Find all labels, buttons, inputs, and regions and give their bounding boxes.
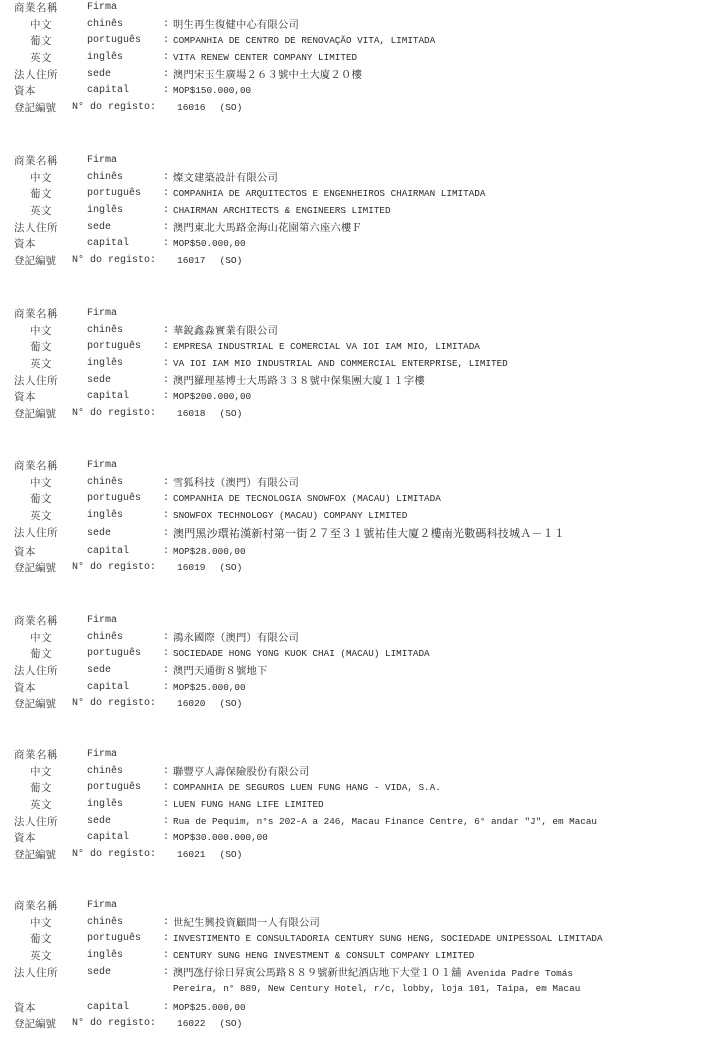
registration-number-group: 16018(SO) <box>177 406 242 423</box>
firma-row: 商業名稱 Firma <box>0 458 709 475</box>
registration-number: 16020 <box>177 698 206 709</box>
address-chinese-part: 澳門氹仔徐日昇寅公馬路８８９號新世紀酒店地下大堂１０１舖 <box>173 967 461 979</box>
registered-address: 澳門氹仔徐日昇寅公馬路８８９號新世紀酒店地下大堂１０１舖 Avenida Pad… <box>173 965 573 983</box>
registration-number: 16018 <box>177 408 206 419</box>
registo-label-pt: N° do registo: <box>72 847 156 864</box>
capital-label-pt: capital <box>87 83 129 100</box>
colon: : <box>163 663 169 680</box>
colon: : <box>163 630 169 647</box>
capital-label-zh: 資本 <box>14 236 36 253</box>
portuguese-name: SOCIEDADE HONG YONG KUOK CHAI (MACAU) LI… <box>173 646 430 663</box>
colon: : <box>163 33 169 50</box>
portugues-label-zh: 葡文 <box>30 186 52 203</box>
capital-label-zh: 資本 <box>14 680 36 697</box>
registered-address: 澳門天通街８號地下 <box>173 663 267 680</box>
capital-label-pt: capital <box>87 830 129 847</box>
chinese-name: 雪狐科技（澳門）有限公司 <box>173 475 299 492</box>
registration-number-group: 16022(SO) <box>177 1016 242 1033</box>
registered-address: 澳門羅理基博士大馬路３３８號中保集團大廈１１字樓 <box>173 373 425 390</box>
colon: : <box>163 186 169 203</box>
portugues-row: 葡文 português : COMPANHIA DE TECNOLOGIA S… <box>0 491 709 508</box>
chines-row: 中文 chinês : 燦文建築設計有限公司 <box>0 170 709 187</box>
sede-label-pt: sede <box>87 965 111 982</box>
capital-label-pt: capital <box>87 998 129 1018</box>
registo-label-zh: 登記編號 <box>14 560 56 577</box>
english-name: CHAIRMAN ARCHITECTS & ENGINEERS LIMITED <box>173 203 391 220</box>
chines-label-zh: 中文 <box>30 170 52 187</box>
registo-row: 登記編號 N° do registo: 16017(SO) <box>0 253 709 270</box>
capital-amount: MOP$28.000,00 <box>173 544 246 561</box>
ingles-label-zh: 英文 <box>30 508 52 525</box>
company-entry-16021: 商業名稱 Firma 中文 chinês : 聯豐亨人壽保險股份有限公司 葡文 … <box>0 747 709 864</box>
portugues-label-zh: 葡文 <box>30 646 52 663</box>
firma-label-zh: 商業名稱 <box>14 153 58 170</box>
colon: : <box>163 170 169 187</box>
firma-row: 商業名稱 Firma <box>0 306 709 323</box>
capital-amount: MOP$30.000.000,00 <box>173 830 268 847</box>
portugues-row: 葡文 português : COMPANHIA DE SEGUROS LUEN… <box>0 780 709 797</box>
portuguese-name: EMPRESA INDUSTRIAL E COMERCIAL VA IOI IA… <box>173 339 480 356</box>
registered-address: Rua de Pequim, n°s 202-A a 246, Macau Fi… <box>173 814 597 831</box>
colon: : <box>163 236 169 253</box>
capital-label-pt: capital <box>87 680 129 697</box>
chines-label-zh: 中文 <box>30 17 52 34</box>
colon: : <box>163 965 169 982</box>
ingles-label-zh: 英文 <box>30 203 52 220</box>
firma-label-zh: 商業名稱 <box>14 306 58 323</box>
colon: : <box>163 814 169 831</box>
portugues-label-zh: 葡文 <box>30 491 52 508</box>
ingles-row: 英文 inglês : SNOWFOX TECHNOLOGY (MACAU) C… <box>0 508 709 525</box>
capital-label-zh: 資本 <box>14 83 36 100</box>
sede-label-pt: sede <box>87 220 111 237</box>
portugues-label-pt: português <box>87 931 141 948</box>
registo-label-zh: 登記編號 <box>14 847 56 864</box>
portuguese-name: COMPANHIA DE SEGUROS LUEN FUNG HANG - VI… <box>173 780 441 797</box>
firma-row: 商業名稱 Firma <box>0 898 709 915</box>
registered-address: 澳門黑沙環祐漢新村第一街２７至３１號祐佳大廈２樓南光數碼科技城Ａ－１１ <box>173 525 565 542</box>
sede-row: 法人住所 sede : 澳門羅理基博士大馬路３３８號中保集團大廈１１字樓 <box>0 373 709 390</box>
capital-row: 資本 capital : MOP$25.000,00 <box>0 998 709 1016</box>
registo-row: 登記編號 N° do registo: 16021(SO) <box>0 847 709 864</box>
ingles-label-zh: 英文 <box>30 356 52 373</box>
chinese-name: 聯豐亨人壽保險股份有限公司 <box>173 764 309 781</box>
firma-row: 商業名稱 Firma <box>0 613 709 630</box>
ingles-label-pt: inglês <box>87 948 123 965</box>
sede-label-pt: sede <box>87 373 111 390</box>
ingles-row: 英文 inglês : CHAIRMAN ARCHITECTS & ENGINE… <box>0 203 709 220</box>
chinese-name: 明生再生復健中心有限公司 <box>173 17 299 34</box>
registo-label-pt: N° do registo: <box>72 100 156 117</box>
sede-label-pt: sede <box>87 814 111 831</box>
firma-label-pt: Firma <box>87 458 117 475</box>
capital-amount: MOP$25.000,00 <box>173 998 246 1018</box>
address-portuguese-part: Avenida Padre Tomás <box>461 968 573 979</box>
portuguese-name: COMPANHIA DE TECNOLOGIA SNOWFOX (MACAU) … <box>173 491 441 508</box>
registration-number-group: 16021(SO) <box>177 847 242 864</box>
firma-row: 商業名稱 Firma <box>0 747 709 764</box>
sede-label-zh: 法人住所 <box>14 525 58 542</box>
colon: : <box>163 915 169 932</box>
registo-label-zh: 登記編號 <box>14 406 56 423</box>
registration-number: 16019 <box>177 562 206 573</box>
firma-label-zh: 商業名稱 <box>14 747 58 764</box>
portugues-row: 葡文 português : SOCIEDADE HONG YONG KUOK … <box>0 646 709 663</box>
portugues-label-zh: 葡文 <box>30 780 52 797</box>
english-name: VITA RENEW CENTER COMPANY LIMITED <box>173 50 357 67</box>
colon: : <box>163 220 169 237</box>
company-entry-16018: 商業名稱 Firma 中文 chinês : 華銳鑫淼實業有限公司 葡文 por… <box>0 306 709 423</box>
firma-label-pt: Firma <box>87 747 117 764</box>
sede-label-zh: 法人住所 <box>14 220 58 237</box>
registration-number: 16021 <box>177 849 206 860</box>
colon: : <box>163 931 169 948</box>
capital-label-zh: 資本 <box>14 830 36 847</box>
chines-label-pt: chinês <box>87 915 123 932</box>
portugues-label-zh: 葡文 <box>30 931 52 948</box>
sede-row: 法人住所 sede : 澳門東北大馬路金海山花園第六座六樓Ｆ <box>0 220 709 237</box>
registo-row: 登記編號 N° do registo: 16022(SO) <box>0 1016 709 1033</box>
colon: : <box>163 475 169 492</box>
colon: : <box>163 17 169 34</box>
firma-label-zh: 商業名稱 <box>14 898 58 915</box>
company-entry-16017: 商業名稱 Firma 中文 chinês : 燦文建築設計有限公司 葡文 por… <box>0 153 709 270</box>
sede-label-zh: 法人住所 <box>14 67 58 84</box>
registration-number: 16017 <box>177 255 206 266</box>
ingles-label-pt: inglês <box>87 203 123 220</box>
english-name: VA IOI IAM MIO INDUSTRIAL AND COMMERCIAL… <box>173 356 508 373</box>
sede-label-pt: sede <box>87 663 111 680</box>
registered-address-line2: Pereira, n° 889, New Century Hotel, r/c,… <box>173 981 580 998</box>
portugues-row: 葡文 português : COMPANHIA DE ARQUITECTOS … <box>0 186 709 203</box>
firma-label-zh: 商業名稱 <box>14 0 58 17</box>
english-name: LUEN FUNG HANG LIFE LIMITED <box>173 797 324 814</box>
ingles-label-zh: 英文 <box>30 797 52 814</box>
ingles-row: 英文 inglês : CENTURY SUNG HENG INVESTMENT… <box>0 948 709 965</box>
capital-amount: MOP$150.000,00 <box>173 83 251 100</box>
registered-address: 澳門東北大馬路金海山花園第六座六樓Ｆ <box>173 220 362 237</box>
registo-label-zh: 登記編號 <box>14 1016 56 1033</box>
colon: : <box>163 389 169 406</box>
company-entry-16016: 商業名稱 Firma 中文 chinês : 明生再生復健中心有限公司 葡文 p… <box>0 0 709 117</box>
company-entry-16020: 商業名稱 Firma 中文 chinês : 鴻永國際（澳門）有限公司 葡文 p… <box>0 613 709 713</box>
colon: : <box>163 50 169 67</box>
firma-label-pt: Firma <box>87 613 117 630</box>
colon: : <box>163 646 169 663</box>
portugues-label-zh: 葡文 <box>30 33 52 50</box>
registration-number: 16016 <box>177 102 206 113</box>
capital-row: 資本 capital : MOP$50.000,00 <box>0 236 709 253</box>
chines-label-zh: 中文 <box>30 915 52 932</box>
capital-row: 資本 capital : MOP$150.000,00 <box>0 83 709 100</box>
chinese-name: 鴻永國際（澳門）有限公司 <box>173 630 299 647</box>
ingles-row: 英文 inglês : VA IOI IAM MIO INDUSTRIAL AN… <box>0 356 709 373</box>
portugues-label-pt: português <box>87 33 141 50</box>
firma-label-pt: Firma <box>87 898 117 915</box>
registration-suffix: (SO) <box>220 255 243 266</box>
capital-label-pt: capital <box>87 544 129 561</box>
colon: : <box>163 339 169 356</box>
capital-row: 資本 capital : MOP$25.000,00 <box>0 680 709 697</box>
ingles-label-pt: inglês <box>87 797 123 814</box>
ingles-label-pt: inglês <box>87 356 123 373</box>
ingles-label-pt: inglês <box>87 508 123 525</box>
registration-number-group: 16016(SO) <box>177 100 242 117</box>
colon: : <box>163 780 169 797</box>
capital-row: 資本 capital : MOP$28.000,00 <box>0 544 709 561</box>
chines-row: 中文 chinês : 世紀生興投資顧問一人有限公司 <box>0 915 709 932</box>
registration-suffix: (SO) <box>220 102 243 113</box>
registo-label-pt: N° do registo: <box>72 253 156 270</box>
portugues-label-pt: português <box>87 646 141 663</box>
colon: : <box>163 203 169 220</box>
colon: : <box>163 830 169 847</box>
colon: : <box>163 680 169 697</box>
ingles-row: 英文 inglês : LUEN FUNG HANG LIFE LIMITED <box>0 797 709 814</box>
capital-row: 資本 capital : MOP$30.000.000,00 <box>0 830 709 847</box>
chinese-name: 燦文建築設計有限公司 <box>173 170 278 187</box>
ingles-label-zh: 英文 <box>30 948 52 965</box>
registo-label-zh: 登記編號 <box>14 253 56 270</box>
sede-label-zh: 法人住所 <box>14 373 58 390</box>
english-name: SNOWFOX TECHNOLOGY (MACAU) COMPANY LIMIT… <box>173 508 407 525</box>
colon: : <box>163 797 169 814</box>
colon: : <box>163 544 169 561</box>
chines-label-pt: chinês <box>87 17 123 34</box>
registration-number-group: 16020(SO) <box>177 696 242 713</box>
registration-number: 16022 <box>177 1018 206 1029</box>
colon: : <box>163 356 169 373</box>
colon: : <box>163 83 169 100</box>
registo-label-zh: 登記編號 <box>14 100 56 117</box>
registo-row: 登記編號 N° do registo: 16016(SO) <box>0 100 709 117</box>
portugues-label-zh: 葡文 <box>30 339 52 356</box>
sede-row: 法人住所 sede : Rua de Pequim, n°s 202-A a 2… <box>0 814 709 831</box>
sede-row: 法人住所 sede : 澳門黑沙環祐漢新村第一街２７至３１號祐佳大廈２樓南光數碼… <box>0 525 709 544</box>
colon: : <box>163 323 169 340</box>
registration-suffix: (SO) <box>220 408 243 419</box>
firma-label-pt: Firma <box>87 153 117 170</box>
capital-amount: MOP$50.000,00 <box>173 236 246 253</box>
registo-row: 登記編號 N° do registo: 16018(SO) <box>0 406 709 423</box>
chines-row: 中文 chinês : 明生再生復健中心有限公司 <box>0 17 709 34</box>
capital-row: 資本 capital : MOP$200.000,00 <box>0 389 709 406</box>
portugues-row: 葡文 português : EMPRESA INDUSTRIAL E COME… <box>0 339 709 356</box>
registo-label-pt: N° do registo: <box>72 1016 156 1033</box>
portuguese-name: INVESTIMENTO E CONSULTADORIA CENTURY SUN… <box>173 931 603 948</box>
capital-label-zh: 資本 <box>14 544 36 561</box>
registo-label-pt: N° do registo: <box>72 406 156 423</box>
chines-label-pt: chinês <box>87 475 123 492</box>
chines-label-pt: chinês <box>87 764 123 781</box>
firma-label-zh: 商業名稱 <box>14 613 58 630</box>
colon: : <box>163 764 169 781</box>
registration-suffix: (SO) <box>220 1018 243 1029</box>
capital-label-zh: 資本 <box>14 389 36 406</box>
sede-row: 法人住所 sede : 澳門氹仔徐日昇寅公馬路８８９號新世紀酒店地下大堂１０１舖… <box>0 965 709 982</box>
firma-row: 商業名稱 Firma <box>0 153 709 170</box>
portugues-row: 葡文 português : COMPANHIA DE CENTRO DE RE… <box>0 33 709 50</box>
company-entry-16022: 商業名稱 Firma 中文 chinês : 世紀生興投資顧問一人有限公司 葡文… <box>0 898 709 1033</box>
sede-label-zh: 法人住所 <box>14 965 58 982</box>
chines-label-zh: 中文 <box>30 475 52 492</box>
chines-row: 中文 chinês : 鴻永國際（澳門）有限公司 <box>0 630 709 647</box>
chinese-name: 世紀生興投資顧問一人有限公司 <box>173 915 320 932</box>
registo-row: 登記編號 N° do registo: 16020(SO) <box>0 696 709 713</box>
capital-label-pt: capital <box>87 389 129 406</box>
sede-label-pt: sede <box>87 525 111 542</box>
colon: : <box>163 67 169 84</box>
chines-label-pt: chinês <box>87 323 123 340</box>
sede-row: 法人住所 sede : 澳門宋玉生廣場２６３號中土大廈２０樓 <box>0 67 709 84</box>
portugues-label-pt: português <box>87 780 141 797</box>
english-name: CENTURY SUNG HENG INVESTMENT & CONSULT C… <box>173 948 474 965</box>
portugues-label-pt: português <box>87 491 141 508</box>
ingles-row: 英文 inglês : VITA RENEW CENTER COMPANY LI… <box>0 50 709 67</box>
firma-row: 商業名稱 Firma <box>0 0 709 17</box>
registration-number-group: 16019(SO) <box>177 560 242 577</box>
portuguese-name: COMPANHIA DE ARQUITECTOS E ENGENHEIROS C… <box>173 186 485 203</box>
capital-amount: MOP$25.000,00 <box>173 680 246 697</box>
company-entry-16019: 商業名稱 Firma 中文 chinês : 雪狐科技（澳門）有限公司 葡文 p… <box>0 458 709 577</box>
sede-continuation-row: Pereira, n° 889, New Century Hotel, r/c,… <box>0 981 709 998</box>
capital-label-zh: 資本 <box>14 998 36 1018</box>
colon: : <box>163 373 169 390</box>
firma-label-pt: Firma <box>87 0 117 17</box>
colon: : <box>163 508 169 525</box>
colon: : <box>163 998 169 1018</box>
ingles-label-pt: inglês <box>87 50 123 67</box>
sede-label-zh: 法人住所 <box>14 814 58 831</box>
registo-label-pt: N° do registo: <box>72 560 156 577</box>
capital-amount: MOP$200.000,00 <box>173 389 251 406</box>
portugues-label-pt: português <box>87 339 141 356</box>
chines-label-zh: 中文 <box>30 630 52 647</box>
registo-label-zh: 登記編號 <box>14 696 56 713</box>
capital-label-pt: capital <box>87 236 129 253</box>
sede-label-zh: 法人住所 <box>14 663 58 680</box>
chines-label-pt: chinês <box>87 630 123 647</box>
sede-row: 法人住所 sede : 澳門天通街８號地下 <box>0 663 709 680</box>
firma-label-zh: 商業名稱 <box>14 458 58 475</box>
colon: : <box>163 948 169 965</box>
registration-suffix: (SO) <box>220 562 243 573</box>
portuguese-name: COMPANHIA DE CENTRO DE RENOVAÇÃO VITA, L… <box>173 33 435 50</box>
firma-label-pt: Firma <box>87 306 117 323</box>
portugues-row: 葡文 português : INVESTIMENTO E CONSULTADO… <box>0 931 709 948</box>
chines-label-zh: 中文 <box>30 323 52 340</box>
registration-suffix: (SO) <box>220 698 243 709</box>
ingles-label-zh: 英文 <box>30 50 52 67</box>
chines-label-zh: 中文 <box>30 764 52 781</box>
chines-label-pt: chinês <box>87 170 123 187</box>
colon: : <box>163 525 169 542</box>
chinese-name: 華銳鑫淼實業有限公司 <box>173 323 278 340</box>
chines-row: 中文 chinês : 聯豐亨人壽保險股份有限公司 <box>0 764 709 781</box>
colon: : <box>163 491 169 508</box>
registration-suffix: (SO) <box>220 849 243 860</box>
sede-label-pt: sede <box>87 67 111 84</box>
registration-number-group: 16017(SO) <box>177 253 242 270</box>
registo-label-pt: N° do registo: <box>72 696 156 713</box>
portugues-label-pt: português <box>87 186 141 203</box>
registo-row: 登記編號 N° do registo: 16019(SO) <box>0 560 709 577</box>
chines-row: 中文 chinês : 華銳鑫淼實業有限公司 <box>0 323 709 340</box>
registered-address: 澳門宋玉生廣場２６３號中土大廈２０樓 <box>173 67 362 84</box>
chines-row: 中文 chinês : 雪狐科技（澳門）有限公司 <box>0 475 709 492</box>
